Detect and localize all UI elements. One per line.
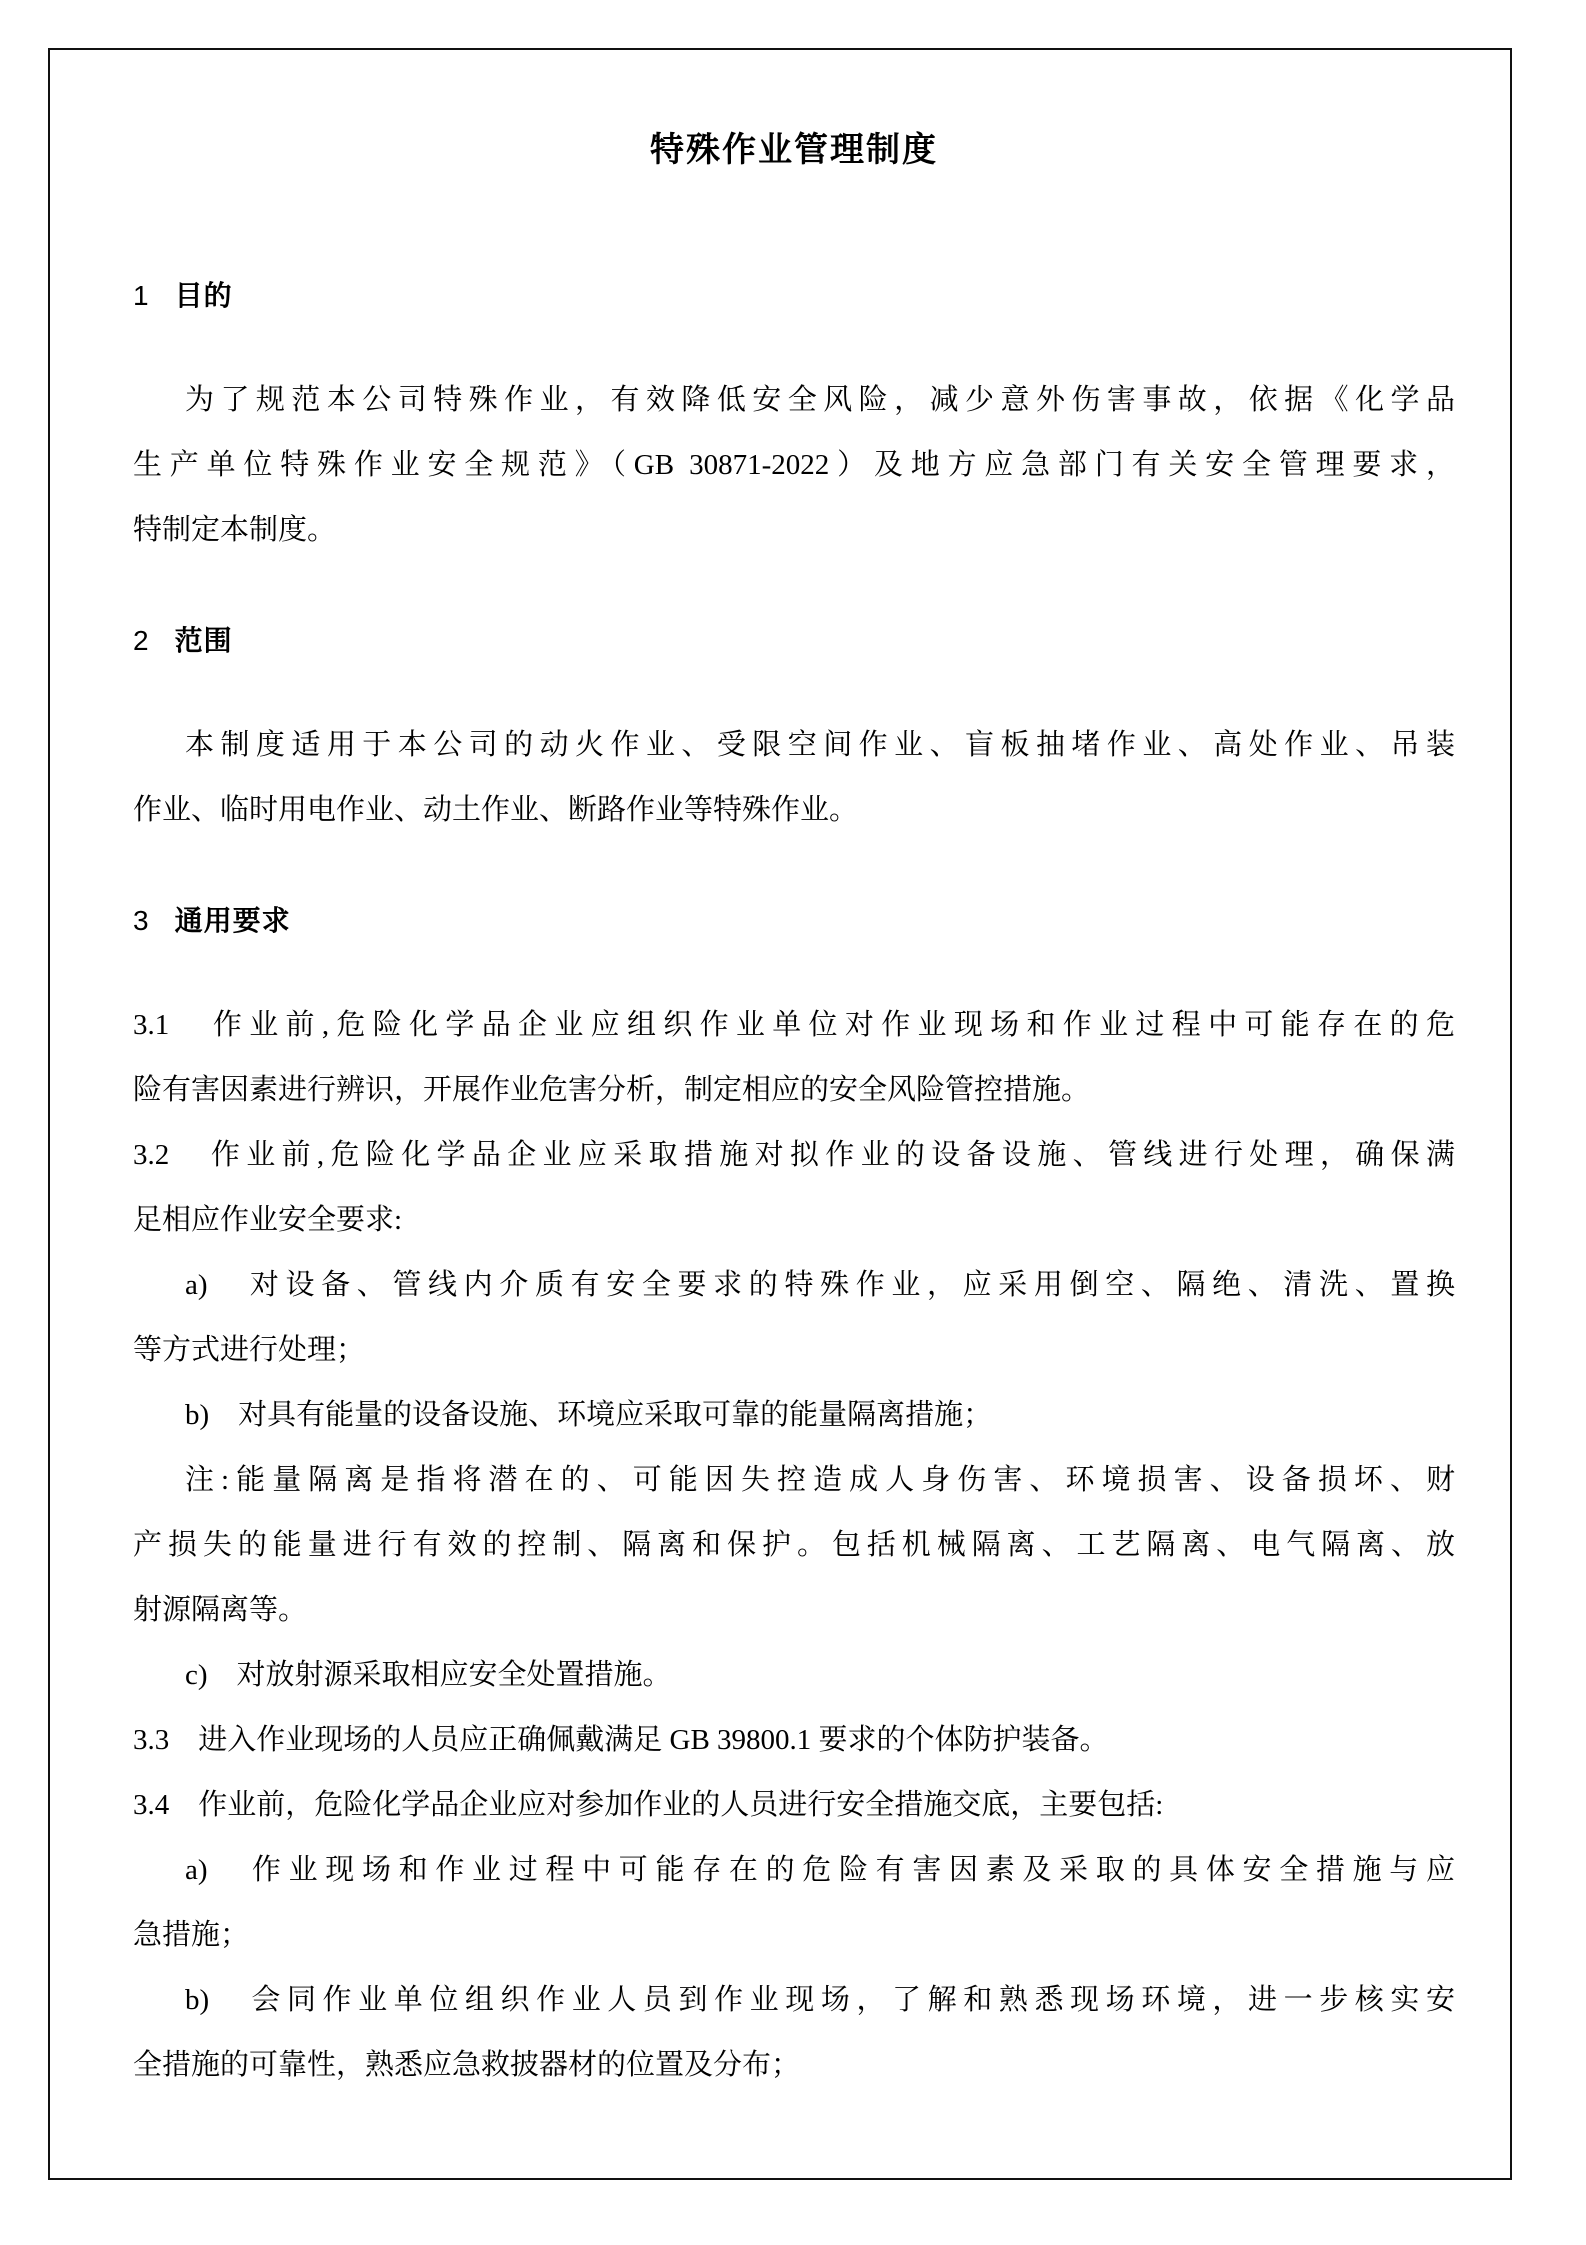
clause-line: 足相应作业安全要求: bbox=[133, 1188, 1455, 1253]
document-content: 特殊作业管理制度 1目的 为了规范本公司特殊作业，有效降低安全风险，减少意外伤害… bbox=[133, 48, 1455, 2098]
clause-line: 险有害因素进行辨识，开展作业危害分析，制定相应的安全风险管控措施。 bbox=[133, 1058, 1455, 1123]
clause-line: 3.4 作业前，危险化学品企业应对参加作业的人员进行安全措施交底，主要包括: bbox=[133, 1773, 1455, 1838]
list-item-line: 急措施； bbox=[133, 1903, 1455, 1968]
section-1-label: 目的 bbox=[175, 280, 233, 311]
document-title: 特殊作业管理制度 bbox=[133, 118, 1455, 183]
body-line: 生产单位特殊作业安全规范》（GB 30871-2022）及地方应急部门有关安全管… bbox=[133, 433, 1455, 498]
section-1-heading: 1目的 bbox=[133, 263, 1455, 328]
list-item-line: 全措施的可靠性，熟悉应急救披器材的位置及分布； bbox=[133, 2033, 1455, 2098]
clause-line: 3.3 进入作业现场的人员应正确佩戴满足 GB 39800.1 要求的个体防护装… bbox=[133, 1708, 1455, 1773]
list-item-line: b) 会同作业单位组织作业人员到作业现场，了解和熟悉现场环境，进一步核实安 bbox=[133, 1968, 1455, 2033]
body-line: 作业、临时用电作业、动土作业、断路作业等特殊作业。 bbox=[133, 778, 1455, 843]
note-line: 注:能量隔离是指将潜在的、可能因失控造成人身伤害、环境损害、设备损坏、财 bbox=[133, 1448, 1455, 1513]
document-page: 特殊作业管理制度 1目的 为了规范本公司特殊作业，有效降低安全风险，减少意外伤害… bbox=[0, 0, 1586, 2245]
section-2-label: 范围 bbox=[175, 625, 233, 656]
section-3-clauses: 3.1 作业前,危险化学品企业应组织作业单位对作业现场和作业过程中可能存在的危 … bbox=[133, 993, 1455, 2098]
list-item-line: a) 对设备、管线内介质有安全要求的特殊作业，应采用倒空、隔绝、清洗、置换 bbox=[133, 1253, 1455, 1318]
body-line: 特制定本制度。 bbox=[133, 498, 1455, 563]
clause-line: 3.2 作业前,危险化学品企业应采取措施对拟作业的设备设施、管线进行处理，确保满 bbox=[133, 1123, 1455, 1188]
body-line: 为了规范本公司特殊作业，有效降低安全风险，减少意外伤害事故，依据《化学品 bbox=[133, 368, 1455, 433]
note-line: 产损失的能量进行有效的控制、隔离和保护。包括机械隔离、工艺隔离、电气隔离、放 bbox=[133, 1513, 1455, 1578]
section-3-number: 3 bbox=[133, 888, 149, 953]
section-3-heading: 3通用要求 bbox=[133, 888, 1455, 953]
list-item-line: b) 对具有能量的设备设施、环境应采取可靠的能量隔离措施； bbox=[133, 1383, 1455, 1448]
section-3-label: 通用要求 bbox=[175, 905, 291, 936]
section-2-number: 2 bbox=[133, 608, 149, 673]
list-item-line: 等方式进行处理； bbox=[133, 1318, 1455, 1383]
section-2-heading: 2范围 bbox=[133, 608, 1455, 673]
section-2-paragraph: 本制度适用于本公司的动火作业、受限空间作业、盲板抽堵作业、高处作业、吊装 作业、… bbox=[133, 713, 1455, 843]
list-item-line: c) 对放射源采取相应安全处置措施。 bbox=[133, 1643, 1455, 1708]
list-item-line: a) 作业现场和作业过程中可能存在的危险有害因素及采取的具体安全措施与应 bbox=[133, 1838, 1455, 1903]
body-line: 本制度适用于本公司的动火作业、受限空间作业、盲板抽堵作业、高处作业、吊装 bbox=[133, 713, 1455, 778]
section-1-number: 1 bbox=[133, 263, 149, 328]
clause-line: 3.1 作业前,危险化学品企业应组织作业单位对作业现场和作业过程中可能存在的危 bbox=[133, 993, 1455, 1058]
note-line: 射源隔离等。 bbox=[133, 1578, 1455, 1643]
section-1-paragraph: 为了规范本公司特殊作业，有效降低安全风险，减少意外伤害事故，依据《化学品 生产单… bbox=[133, 368, 1455, 563]
